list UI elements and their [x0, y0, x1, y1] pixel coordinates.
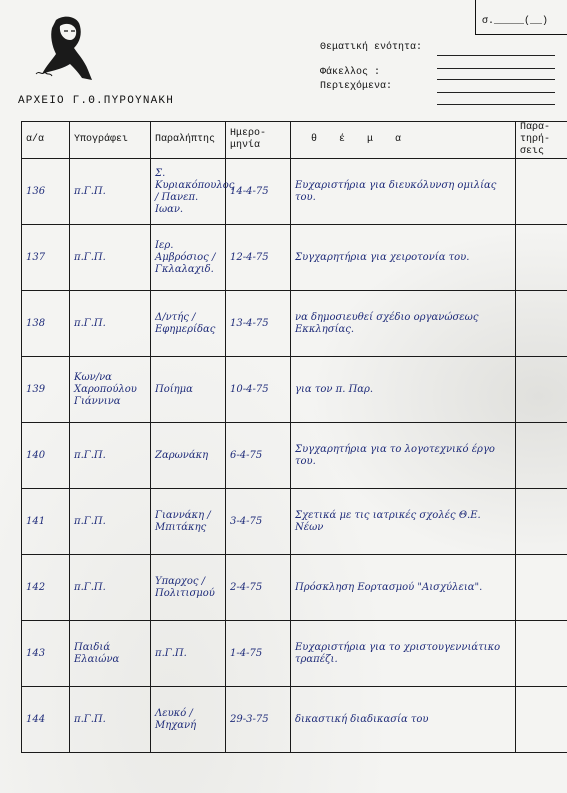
cell-remarks [516, 423, 567, 489]
cell-aa: 136 [22, 159, 70, 225]
cell-signer: π.Γ.Π. [70, 687, 151, 753]
col-header-recipient: Παραλήπτης [151, 122, 226, 159]
cell-recipient: Ιερ. Αμβρόσιος / Γκλαλαχιδ. [151, 225, 226, 291]
field-line-thematic-unit[interactable] [437, 55, 555, 56]
cell-signer: Κων/να Χαροπούλου Γιάννινα [70, 357, 151, 423]
cell-aa: 138 [22, 291, 70, 357]
cell-signer: π.Γ.Π. [70, 291, 151, 357]
field-line-blank[interactable] [437, 68, 555, 69]
cell-remarks [516, 555, 567, 621]
field-label-thematic-unit: Θεματική ενότητα: [320, 42, 422, 53]
cell-subject: να δημοσιευθεί σχέδιο οργανώσεως Εκκλησί… [291, 291, 516, 357]
table-row: 141 π.Γ.Π. Γιαννάκη / Μπιτάκης 3-4-75 Σχ… [22, 489, 567, 555]
cell-remarks [516, 687, 567, 753]
cell-aa: 142 [22, 555, 70, 621]
table-row: 138 π.Γ.Π. Δ/ντής / Εφημερίδας 13-4-75 ν… [22, 291, 567, 357]
cell-signer: π.Γ.Π. [70, 225, 151, 291]
table-header-row: α/α Υπογράφει Παραλήπτης Ημερο-μηνία θ έ… [22, 122, 567, 159]
cell-date: 1-4-75 [226, 621, 291, 687]
table-row: 143 Παιδιά Ελαιώνα π.Γ.Π. 1-4-75 Ευχαρισ… [22, 621, 567, 687]
cell-date: 14-4-75 [226, 159, 291, 225]
cell-subject: Συγχαρητήρια για χειροτονία του. [291, 225, 516, 291]
table-row: 140 π.Γ.Π. Ζαρωνάκη 6-4-75 Συγχαρητήρια … [22, 423, 567, 489]
cell-subject: Συγχαρητήρια για το λογοτεχνικό έργο του… [291, 423, 516, 489]
cell-signer: π.Γ.Π. [70, 555, 151, 621]
correspondence-registry-table: α/α Υπογράφει Παραλήπτης Ημερο-μηνία θ έ… [21, 121, 567, 753]
table-row: 136 π.Γ.Π. Σ. Κυριακόπουλος / Πανεπ. Ιωα… [22, 159, 567, 225]
cell-recipient: Ζαρωνάκη [151, 423, 226, 489]
cell-aa: 139 [22, 357, 70, 423]
cell-recipient: Σ. Κυριακόπουλος / Πανεπ. Ιωαν. [151, 159, 226, 225]
cell-date: 3-4-75 [226, 489, 291, 555]
cell-date: 10-4-75 [226, 357, 291, 423]
cell-remarks [516, 225, 567, 291]
cell-date: 2-4-75 [226, 555, 291, 621]
cell-remarks [516, 357, 567, 423]
field-label-folder: Φάκελλος : [320, 67, 380, 78]
page-reference-box: σ._____(__) [475, 0, 567, 35]
cell-signer: π.Γ.Π. [70, 423, 151, 489]
cell-aa: 137 [22, 225, 70, 291]
cell-aa: 141 [22, 489, 70, 555]
cell-date: 12-4-75 [226, 225, 291, 291]
cell-recipient: Λευκό / Μηχανή [151, 687, 226, 753]
field-line-contents-2[interactable] [437, 104, 555, 105]
col-header-aa: α/α [22, 122, 70, 159]
cell-subject: Ευχαριστήρια για διευκόλυνση ομιλίας του… [291, 159, 516, 225]
cell-recipient: Υπαρχος / Πολιτισμού [151, 555, 226, 621]
cell-subject: Σχετικά με τις ιατρικές σχολές Θ.Ε. Νέων [291, 489, 516, 555]
cell-signer: π.Γ.Π. [70, 159, 151, 225]
table-row: 139 Κων/να Χαροπούλου Γιάννινα Ποίημα 10… [22, 357, 567, 423]
col-header-signer: Υπογράφει [70, 122, 151, 159]
cell-subject: Πρόσκληση Εορτασμού "Αισχύλεια". [291, 555, 516, 621]
cell-date: 6-4-75 [226, 423, 291, 489]
cell-aa: 144 [22, 687, 70, 753]
table-row: 144 π.Γ.Π. Λευκό / Μηχανή 29-3-75 δικαστ… [22, 687, 567, 753]
cell-aa: 140 [22, 423, 70, 489]
cell-recipient: Ποίημα [151, 357, 226, 423]
cell-remarks [516, 621, 567, 687]
field-label-contents: Περιεχόμενα: [320, 81, 392, 92]
table-row: 142 π.Γ.Π. Υπαρχος / Πολιτισμού 2-4-75 Π… [22, 555, 567, 621]
cell-aa: 143 [22, 621, 70, 687]
cell-recipient: Γιαννάκη / Μπιτάκης [151, 489, 226, 555]
cell-signer: Παιδιά Ελαιώνα [70, 621, 151, 687]
cell-subject: για τον π. Παρ. [291, 357, 516, 423]
col-header-subject: θ έ μ α [291, 122, 516, 159]
cell-recipient: π.Γ.Π. [151, 621, 226, 687]
table-row: 137 π.Γ.Π. Ιερ. Αμβρόσιος / Γκλαλαχιδ. 1… [22, 225, 567, 291]
cell-recipient: Δ/ντής / Εφημερίδας [151, 291, 226, 357]
col-header-date: Ημερο-μηνία [226, 122, 291, 159]
cell-signer: π.Γ.Π. [70, 489, 151, 555]
page-reference: σ._____(__) [482, 16, 548, 27]
cell-remarks [516, 291, 567, 357]
cell-subject: Ευχαριστήρια για το χριστουγεννιάτικο τρ… [291, 621, 516, 687]
field-line-contents[interactable] [437, 92, 555, 93]
cell-remarks [516, 159, 567, 225]
col-header-remarks: Παρα-τηρή-σεις [516, 122, 567, 159]
cell-date: 29-3-75 [226, 687, 291, 753]
archive-title: ΑΡΧΕΙΟ Γ.Θ.ΠΥΡΟΥΝΑΚΗ [18, 95, 174, 107]
field-line-folder[interactable] [437, 79, 555, 80]
cell-subject: δικαστική διαδικασία του [291, 687, 516, 753]
portrait-sketch-icon [34, 14, 98, 82]
cell-date: 13-4-75 [226, 291, 291, 357]
cell-remarks [516, 489, 567, 555]
